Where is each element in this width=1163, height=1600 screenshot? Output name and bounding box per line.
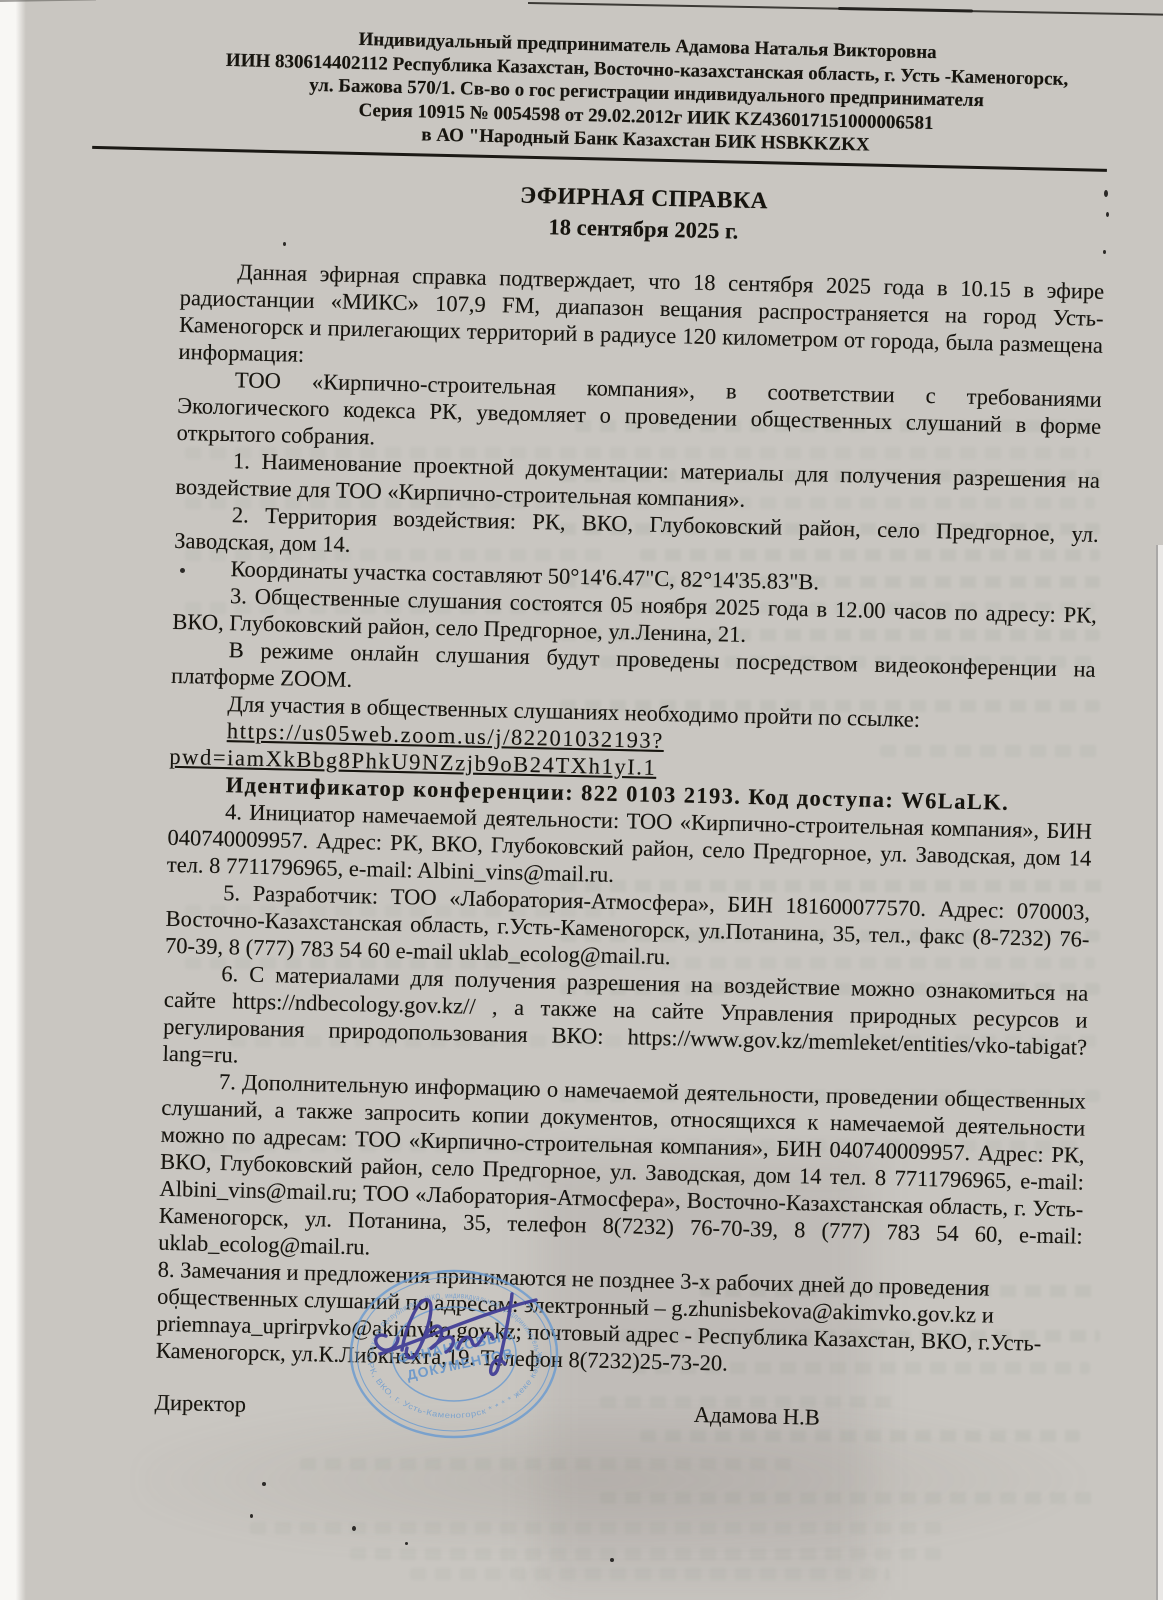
document-body: Данная эфирная справка подтверждает, что…	[156, 256, 1105, 1384]
scan-speck	[610, 1558, 614, 1562]
scan-speck	[352, 1526, 356, 1531]
bleed-through-artifact	[300, 1458, 800, 1470]
document-content: Индивидуальный предприниматель Адамова Н…	[154, 24, 1109, 1436]
director-label: Директор	[154, 1389, 246, 1417]
paragraph-item-7: 7. Дополнительную информацию о намечаемо…	[158, 1066, 1086, 1276]
scan-speck	[405, 1542, 408, 1545]
scan-left-edge	[0, 0, 26, 1600]
signature-ink	[362, 1278, 552, 1400]
paragraph-item-6: 6. С материалами для получения разрешени…	[162, 958, 1088, 1087]
scan-speck	[1106, 212, 1109, 217]
scanned-document-page: { "header": { "line1": "Индивидуальный п…	[0, 0, 1163, 1600]
paragraph-item-8: 8. Замечания и предложения принимаются н…	[156, 1255, 1082, 1384]
bleed-through-artifact	[600, 1492, 1100, 1504]
scan-speck	[250, 1514, 253, 1518]
bleed-through-artifact	[410, 1568, 890, 1580]
bleed-through-artifact	[350, 1548, 950, 1560]
paragraph-intro: Данная эфирная справка подтверждает, что…	[178, 256, 1104, 385]
paper-right-edge-light	[1158, 545, 1163, 1600]
paper-right-edge	[1156, 545, 1158, 1600]
director-name: Адамова Н.В	[694, 1401, 821, 1430]
letterhead: Индивидуальный предприниматель Адамова Н…	[183, 24, 1109, 162]
scan-speck	[262, 1482, 266, 1486]
